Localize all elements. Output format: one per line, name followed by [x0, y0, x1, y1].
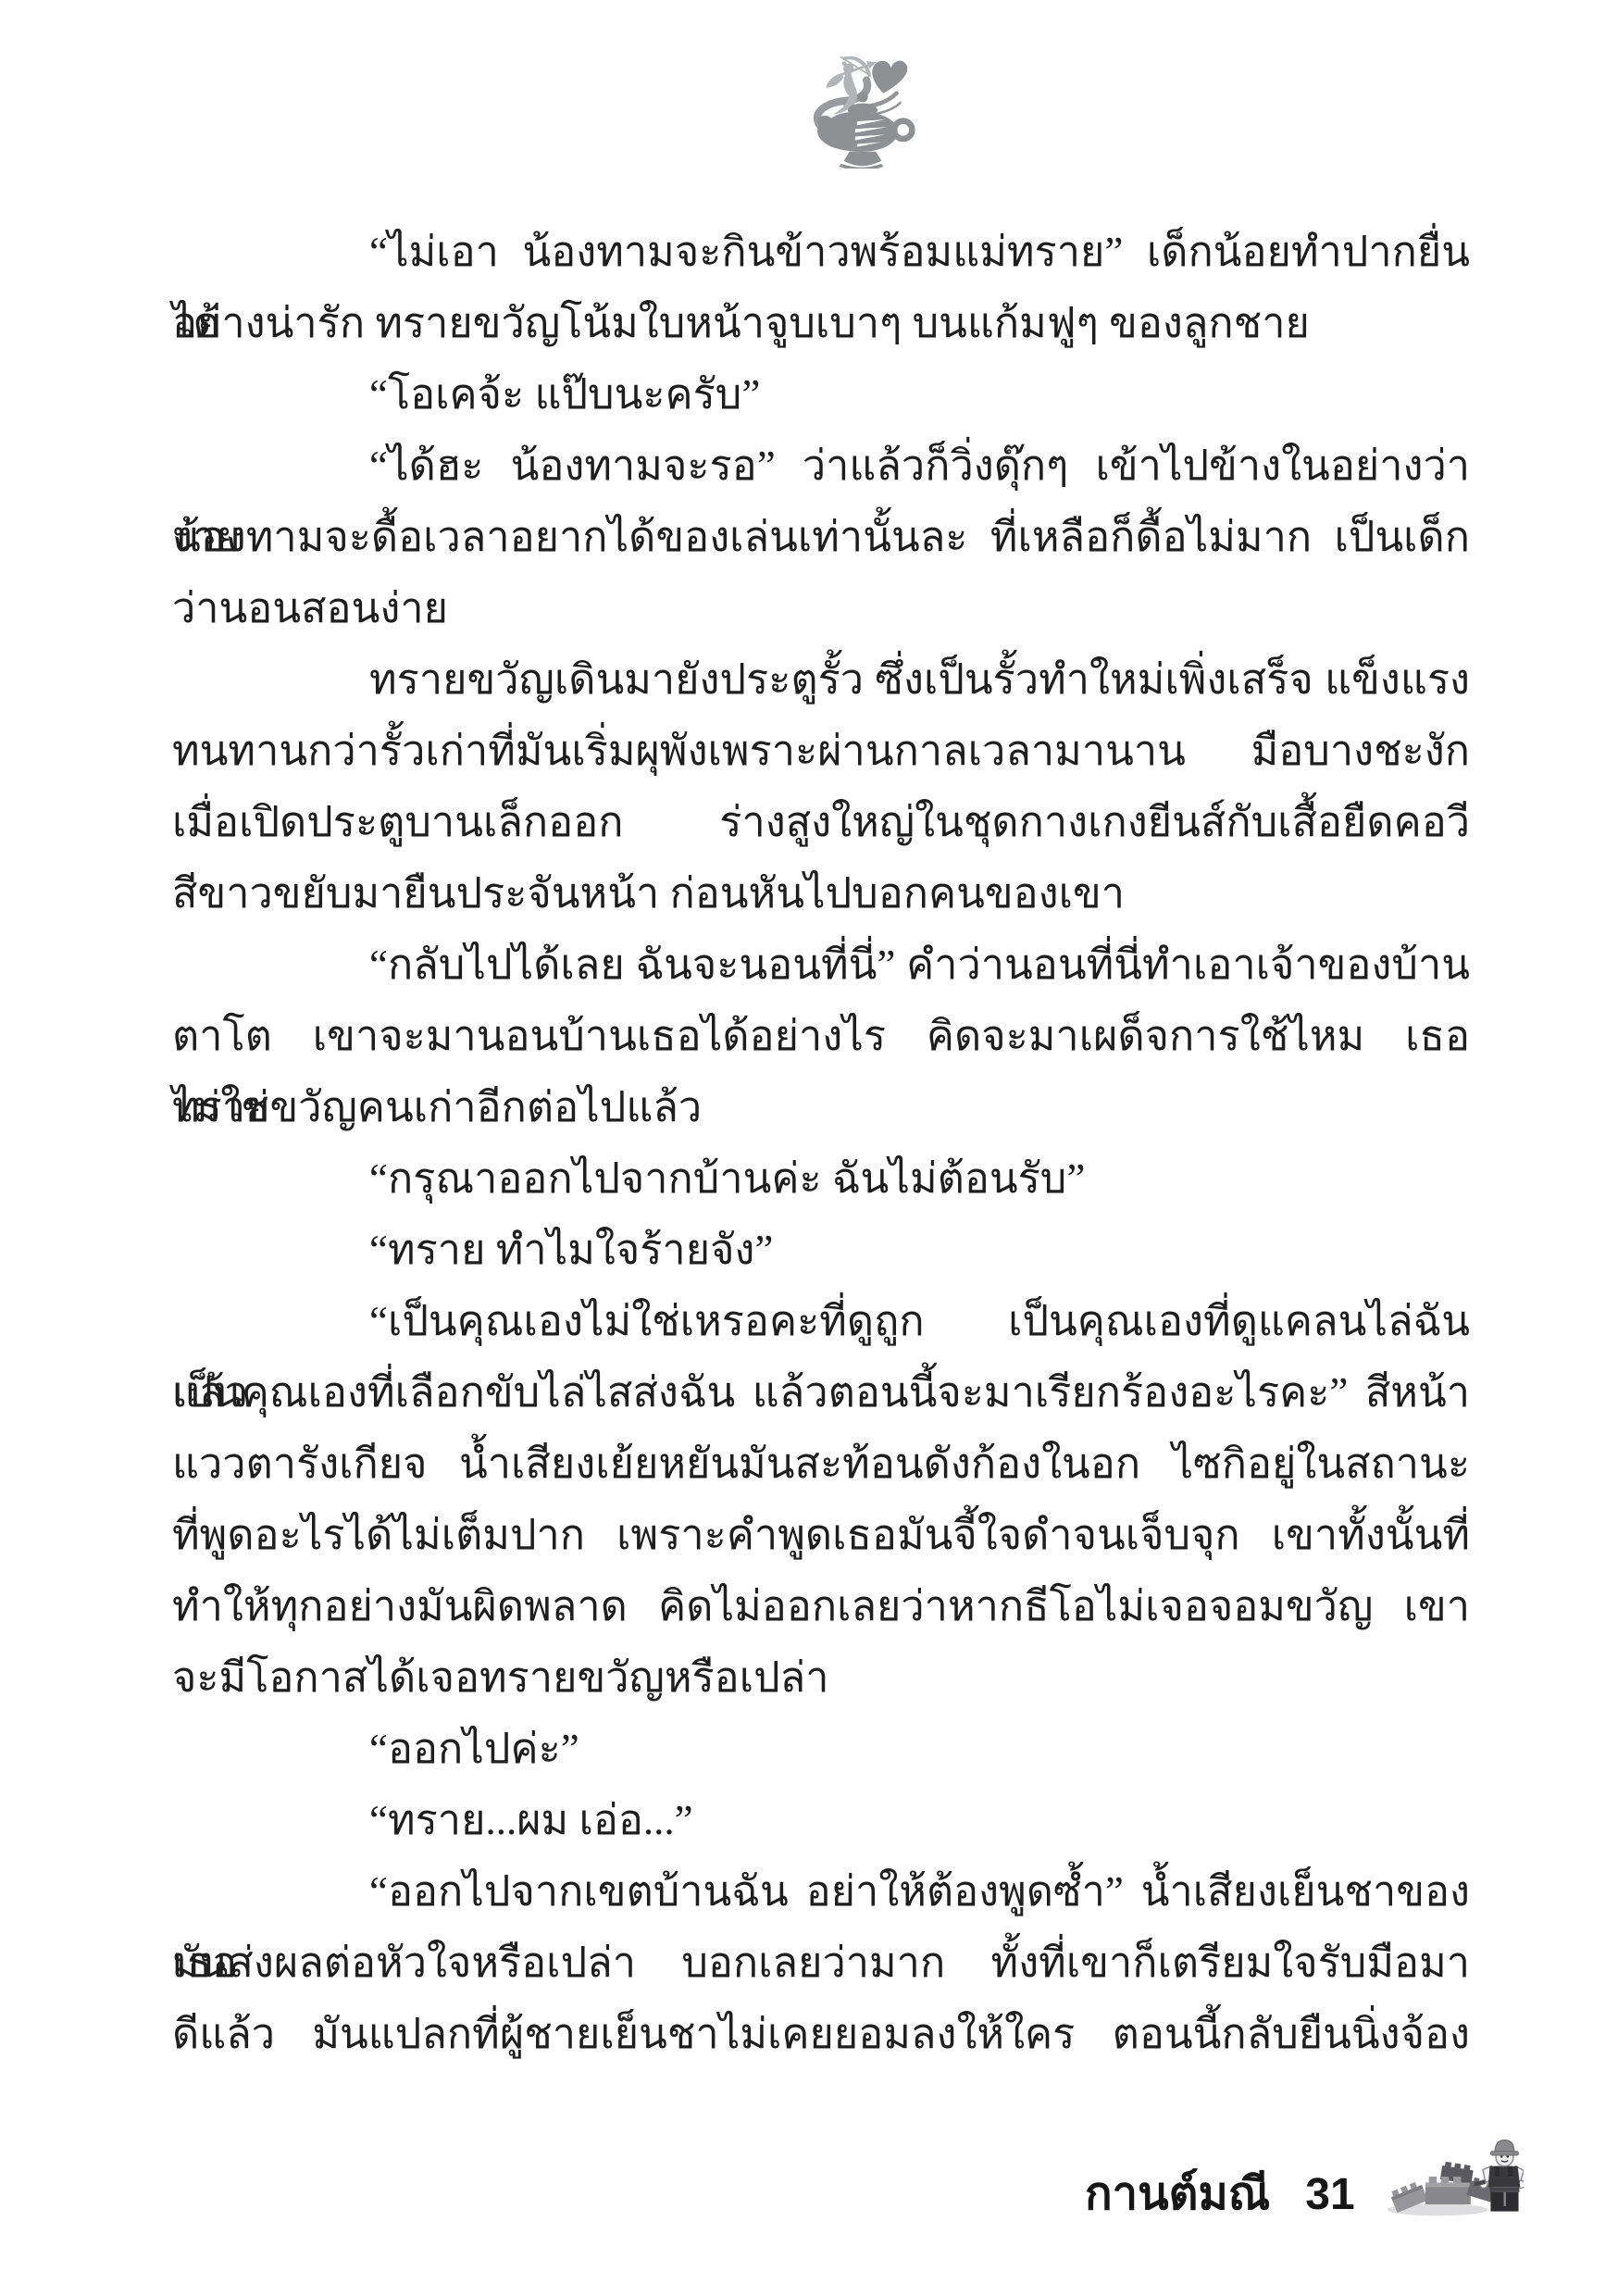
text-line: “กรุณาออกไปจากบ้านค่ะ ฉันไม่ต้อนรับ”	[172, 1143, 1470, 1215]
text-line: “โอเคจ้ะ แป๊บนะครับ”	[172, 359, 1470, 430]
footer-page-number: 31	[1305, 2173, 1354, 2225]
text-line: ทรายขวัญคนเก่าอีกต่อไปแล้ว	[172, 1072, 1470, 1143]
genie-lamp-cupid-icon	[809, 54, 916, 168]
minifigure	[1474, 2140, 1524, 2212]
text-line: ทนทานกว่ารั้วเก่าที่มันเริ่มผุพังเพราะผ่…	[172, 716, 1470, 787]
text-line: “ไม่เอา น้องทามจะกินข้าวพร้อมแม่ทราย” เด…	[172, 217, 1470, 288]
page-footer: กานต์มณี 31	[1085, 2133, 1524, 2225]
text-line: จะมีโอกาสได้เจอทรายขวัญหรือเปล่า	[172, 1642, 1470, 1714]
lego-builder-graphic	[1383, 2133, 1524, 2225]
book-page: “ไม่เอา น้องทามจะกินข้าวพร้อมแม่ทราย” เด…	[0, 0, 1618, 2296]
text-line: อย่างน่ารัก ทรายขวัญโน้มใบหน้าจูบเบาๆ บน…	[172, 288, 1470, 359]
footer-book-title: กานต์มณี	[1085, 2172, 1270, 2225]
text-line: แววตารังเกียจ น้ำเสียงเย้ยหยันมันสะท้อนด…	[172, 1429, 1470, 1500]
text-line: มันส่งผลต่อหัวใจหรือเปล่า บอกเลยว่ามาก ท…	[172, 1928, 1470, 1999]
page-text: “ไม่เอา น้องทามจะกินข้าวพร้อมแม่ทราย” เด…	[172, 217, 1470, 2070]
heart-shape	[872, 61, 907, 94]
text-line: สีขาวขยับมายืนประจันหน้า ก่อนหันไปบอกคนข…	[172, 858, 1470, 930]
text-line: ตาโต เขาจะมานอนบ้านเธอได้อย่างไร คิดจะมา…	[172, 1001, 1470, 1072]
text-line: ทำให้ทุกอย่างมันผิดพลาด คิดไม่ออกเลยว่าห…	[172, 1571, 1470, 1642]
text-line: “เป็นคุณเองไม่ใช่เหรอคะที่ดูถูก เป็นคุณเ…	[172, 1286, 1470, 1357]
text-line: “ทราย ทำไมใจร้ายจัง”	[172, 1215, 1470, 1286]
text-line: “ทราย...ผม เอ่อ...”	[172, 1785, 1470, 1856]
text-line: “กลับไปได้เลย ฉันจะนอนที่นี่” คำว่านอนที…	[172, 930, 1470, 1001]
text-line: “ออกไปจากเขตบ้านฉัน อย่าให้ต้องพูดซ้ำ” น…	[172, 1856, 1470, 1928]
text-line: ว่านอนสอนง่าย	[172, 573, 1470, 644]
text-line: ทรายขวัญเดินมายังประตูรั้ว ซึ่งเป็นรั้วท…	[172, 644, 1470, 716]
genie-lamp-cupid-ornament	[809, 54, 916, 168]
text-line: ที่พูดอะไรได้ไม่เต็มปาก เพราะคำพูดเธอมัน…	[172, 1500, 1470, 1571]
text-line: ดีแล้ว มันแปลกที่ผู้ชายเย็นชาไม่เคยยอมลง…	[172, 1999, 1470, 2070]
text-line: “ได้ฮะ น้องทามจะรอ” ว่าแล้วก็วิ่งดุ๊กๆ เ…	[172, 430, 1470, 502]
text-line: เมื่อเปิดประตูบานเล็กออก ร่างสูงใหญ่ในชุ…	[172, 787, 1470, 858]
text-line: “ออกไปค่ะ”	[172, 1714, 1470, 1785]
text-line: เป็นคุณเองที่เลือกขับไล่ไสส่งฉัน แล้วตอน…	[172, 1357, 1470, 1429]
lamp-handle	[894, 121, 912, 139]
lego-builder-icon	[1383, 2133, 1524, 2220]
text-line: น้องทามจะดื้อเวลาอยากได้ของเล่นเท่านั้นล…	[172, 502, 1470, 573]
